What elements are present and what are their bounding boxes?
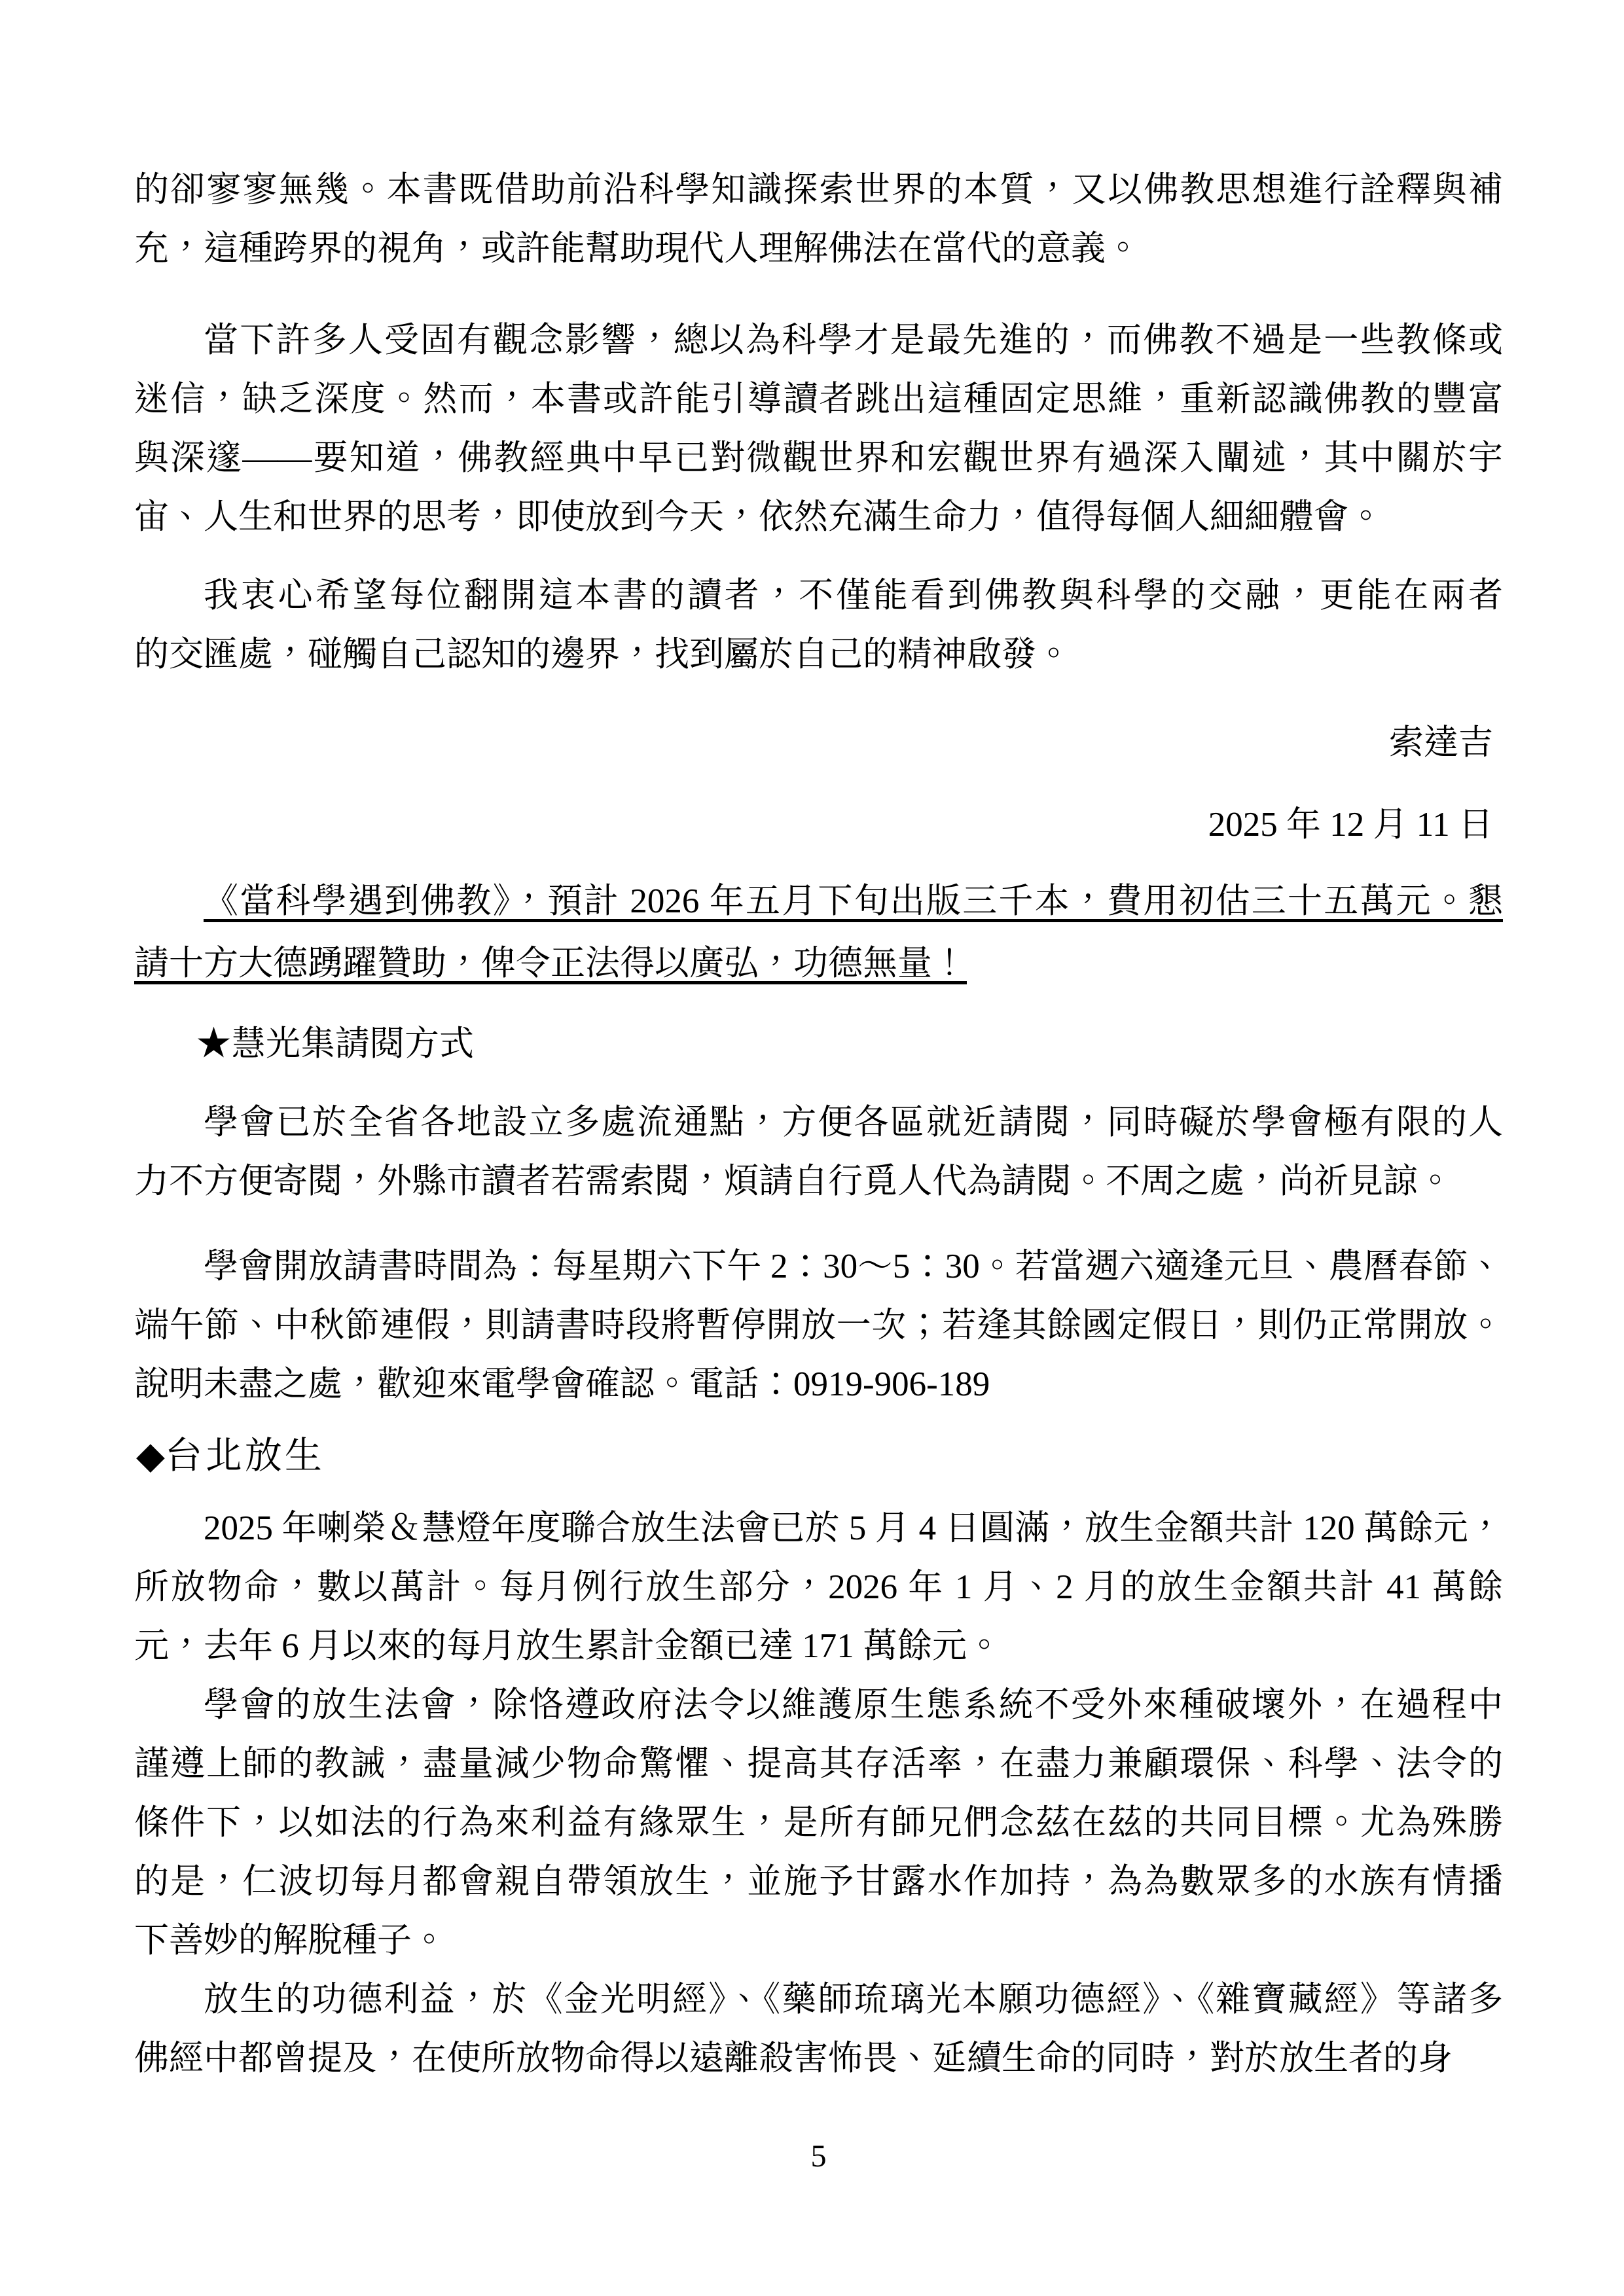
paragraph-huiguang-2: 學會開放請書時間為：每星期六下午 2：30～5：30。若當週六適逢元旦、農曆春節… — [134, 1237, 1503, 1414]
text-line: 當下許多人受固有觀念影響，總以為科學才是最先進的，而佛教不過是一些教條或 — [134, 311, 1503, 370]
text-line: 條件下，以如法的行為來利益有緣眾生，是所有師兄們念茲在茲的共同目標。尤為殊勝 — [134, 1793, 1503, 1852]
star-icon: ★ — [196, 1025, 231, 1063]
text-line: 放生的功德利益，於《金光明經》、《藥師琉璃光本願功德經》、《雜寶藏經》等諸多 — [134, 1970, 1503, 2029]
text-line-underlined: 《當科學遇到佛教》，預計 2026 年五月下旬出版三千本，費用初估三十五萬元。懇 — [134, 870, 1503, 933]
section-heading-taipei: ◆台北放生 — [134, 1427, 1503, 1486]
text-line: 我衷心希望每位翻開這本書的讀者，不僅能看到佛教與科學的交融，更能在兩者 — [134, 566, 1503, 625]
document-page: 的卻寥寥無幾。本書既借助前沿科學知識探索世界的本質，又以佛教思想進行詮釋與補 充… — [0, 0, 1624, 2296]
paragraph-huiguang-1: 學會已於全省各地設立多處流通點，方便各區就近請閱，同時礙於學會極有限的人 力不方… — [134, 1093, 1503, 1211]
text-line: 說明未盡之處，歡迎來電學會確認。電話：0919-906-189 — [134, 1355, 1503, 1414]
section-heading-label: 台北放生 — [165, 1435, 325, 1477]
text-line: 的交匯處，碰觸自己認知的邊界，找到屬於自己的精神啟發。 — [134, 625, 1503, 684]
paragraph-preface-2: 當下許多人受固有觀念影響，總以為科學才是最先進的，而佛教不過是一些教條或 迷信，… — [134, 311, 1503, 547]
text-line: 所放物命，數以萬計。每月例行放生部分，2026 年 1 月、2 月的放生金額共計… — [134, 1558, 1503, 1617]
paragraph-preface-1: 的卻寥寥無幾。本書既借助前沿科學知識探索世界的本質，又以佛教思想進行詮釋與補 充… — [134, 160, 1503, 278]
text-line: 下善妙的解脫種子。 — [134, 1911, 1503, 1970]
section-heading-label: 慧光集請閱方式 — [231, 1025, 474, 1063]
text-line: 學會的放生法會，除恪遵政府法令以維護原生態系統不受外來種破壞外，在過程中 — [134, 1676, 1503, 1734]
text-line-underlined: 請十方大德踴躍贊助，俾令正法得以廣弘，功德無量！ — [134, 933, 1503, 995]
text-line: 的是，仁波切每月都會親自帶領放生，並施予甘露水作加持，為為數眾多的水族有情播 — [134, 1852, 1503, 1911]
text-line: 充，這種跨界的視角，或許能幫助現代人理解佛法在當代的意義。 — [134, 219, 1503, 278]
text-line: 學會已於全省各地設立多處流通點，方便各區就近請閱，同時礙於學會極有限的人 — [134, 1093, 1503, 1152]
section-heading-huiguang: ★慧光集請閱方式 — [134, 1014, 1503, 1073]
diamond-icon: ◆ — [136, 1435, 165, 1477]
text-line: 與深邃——要知道，佛教經典中早已對微觀世界和宏觀世界有過深入闡述，其中關於宇 — [134, 429, 1503, 488]
text-line: 端午節、中秋節連假，則請書時段將暫停開放一次；若逢其餘國定假日，則仍正常開放。 — [134, 1296, 1503, 1355]
text-line: 迷信，缺乏深度。然而，本書或許能引導讀者跳出這種固定思維，重新認識佛教的豐富 — [134, 370, 1503, 429]
paragraph-taipei-1: 2025 年喇榮＆慧燈年度聯合放生法會已於 5 月 4 日圓滿，放生金額共計 1… — [134, 1499, 1503, 1676]
paragraph-taipei-3: 放生的功德利益，於《金光明經》、《藥師琉璃光本願功德經》、《雜寶藏經》等諸多 佛… — [134, 1970, 1503, 2088]
text-line: 宙、人生和世界的思考，即使放到今天，依然充滿生命力，值得每個人細細體會。 — [134, 488, 1503, 547]
text-line: 佛經中都曾提及，在使所放物命得以遠離殺害怖畏、延續生命的同時，對於放生者的身 — [134, 2029, 1503, 2088]
page-number: 5 — [134, 2127, 1503, 2186]
text-line: 謹遵上師的教誡，盡量減少物命驚懼、提高其存活率，在盡力兼顧環保、科學、法令的 — [134, 1734, 1503, 1793]
paragraph-preface-3: 我衷心希望每位翻開這本書的讀者，不僅能看到佛教與科學的交融，更能在兩者 的交匯處… — [134, 566, 1503, 684]
text-line: 學會開放請書時間為：每星期六下午 2：30～5：30。若當週六適逢元旦、農曆春節… — [134, 1237, 1503, 1296]
author-signature: 索達吉 — [134, 713, 1503, 772]
fundraising-notice: 《當科學遇到佛教》，預計 2026 年五月下旬出版三千本，費用初估三十五萬元。懇… — [134, 870, 1503, 995]
text-line: 元，去年 6 月以來的每月放生累計金額已達 171 萬餘元。 — [134, 1617, 1503, 1676]
text-line: 的卻寥寥無幾。本書既借助前沿科學知識探索世界的本質，又以佛教思想進行詮釋與補 — [134, 160, 1503, 219]
text-line: 2025 年喇榮＆慧燈年度聯合放生法會已於 5 月 4 日圓滿，放生金額共計 1… — [134, 1499, 1503, 1558]
text-line: 力不方便寄閱，外縣市讀者若需索閱，煩請自行覓人代為請閱。不周之處，尚祈見諒。 — [134, 1152, 1503, 1211]
paragraph-taipei-2: 學會的放生法會，除恪遵政府法令以維護原生態系統不受外來種破壞外，在過程中 謹遵上… — [134, 1676, 1503, 1970]
date-line: 2025 年 12 月 11 日 — [134, 795, 1503, 854]
